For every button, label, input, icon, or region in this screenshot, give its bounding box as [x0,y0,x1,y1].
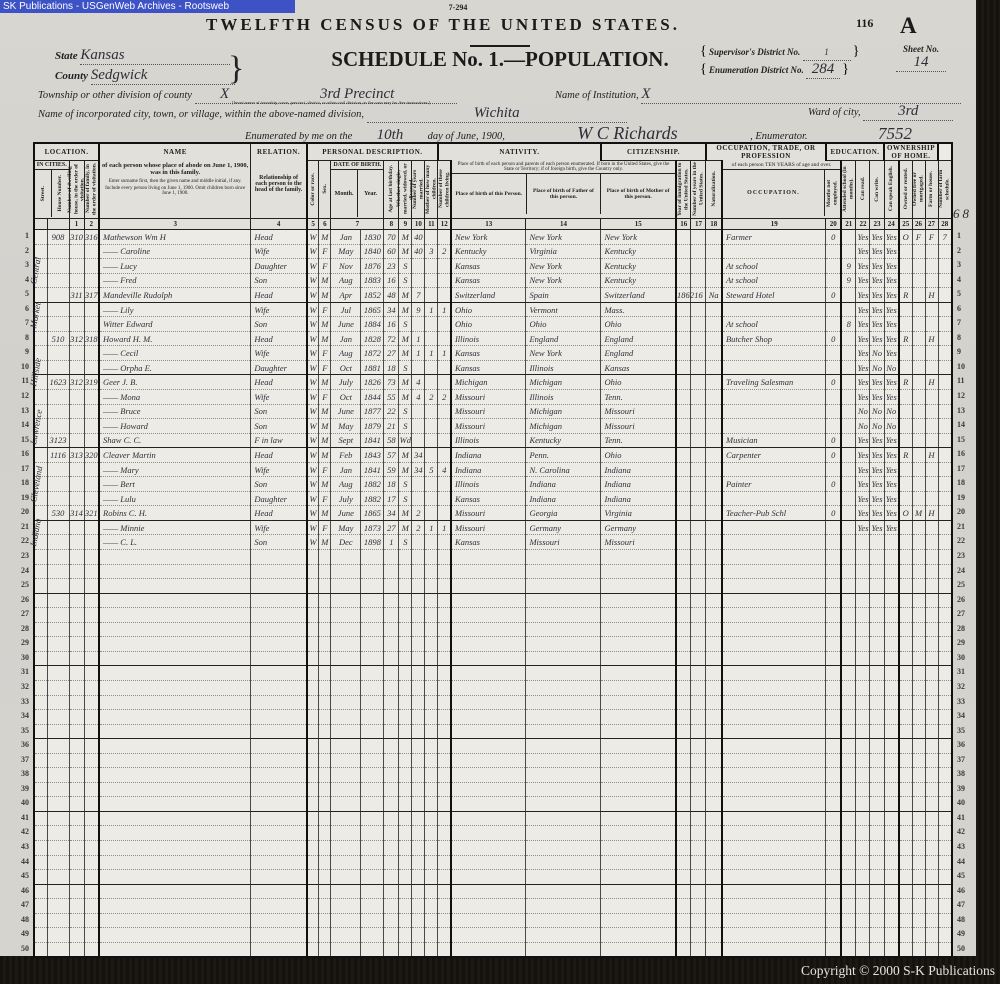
handwritten-entry: 34 [414,465,423,475]
cell-house: 510 [47,331,69,346]
cell-years-us [691,666,706,681]
cell-farm-schedule [938,695,952,710]
relation-desc: Relationship of each person to the head … [251,161,306,193]
cell-occupation [722,666,826,681]
col-years-married: Number of years married. [412,161,425,219]
cell-can-read [856,884,870,899]
cell-can-read [856,928,870,943]
cell-can-speak [884,724,899,739]
cell-years-married [412,826,425,841]
cell-mother-children [425,928,438,943]
handwritten-entry: —— Mona [103,392,140,402]
cell-relation [251,942,307,957]
cell-marital [399,608,412,623]
col-number-18: 18 [706,219,722,230]
cell-farm-house [925,870,938,885]
cell-can-write: Yes [870,491,884,506]
cell-pob [451,826,526,841]
handwritten-entry: F [322,348,327,358]
cell-years-us [691,375,706,390]
handwritten-entry: W [310,275,317,285]
handwritten-entry: O [903,508,909,518]
cell-farm-schedule [938,593,952,608]
handwritten-entry: M [402,392,409,402]
cell-relation [251,622,307,637]
cell-pob [451,710,526,725]
handwritten-entry: Yes [871,232,882,242]
cell-naturalization [706,666,722,681]
handwritten-entry: R [903,377,908,387]
handwritten-entry: Yes [871,334,882,344]
cell-years-married [412,317,425,332]
col-pob-father-label: Place of birth of Father of this person. [526,174,601,214]
cell-dob-year [361,666,384,681]
cell-pob-mother [601,739,676,754]
table-row: Hillside1623312319Geer J. B.HeadWMJuly18… [34,375,952,390]
handwritten-entry: New York [455,232,488,242]
cell-house [47,288,69,303]
cell-years-married [412,593,425,608]
cell-years-married: 40 [412,230,425,245]
cell-years-married: 7 [412,288,425,303]
table-row [34,826,952,841]
cell-street [34,870,47,885]
cell-farm-schedule [938,419,952,434]
cell-can-write: Yes [870,506,884,521]
cell-mother-children [425,230,438,245]
cell-name [99,768,251,783]
col-family: Number of family, in the order of visita… [84,161,99,219]
handwritten-entry: Yes [857,305,868,315]
cell-family [84,390,99,405]
col-number-12: 12 [438,219,451,230]
table-row: —— Orpha E.DaughterWFOct188118SKansasIll… [34,360,952,375]
cell-sex: M [319,331,331,346]
handwritten-entry: Yes [886,261,897,271]
cell-house [47,811,69,826]
row-number: 46 [957,884,973,899]
cell-age [384,942,399,957]
cell-can-write: No [870,419,884,434]
cell-family [84,695,99,710]
cell-street [34,899,47,914]
cell-pob-father [526,622,601,637]
row-number: 43 [13,840,29,855]
cell-children-living [438,782,451,797]
cell-naturalization [706,695,722,710]
cell-pob-father [526,724,601,739]
handwritten-entry: Farmer [726,232,752,242]
cell-naturalization [706,840,722,855]
cell-marital: S [399,477,412,492]
row-number: 28 [13,622,29,637]
cell-farm-schedule [938,768,952,783]
cell-sex: M [319,433,331,448]
cell-free-mortgaged: M [912,506,925,521]
handwritten-entry: 34 [387,508,396,518]
cell-children-living [438,448,451,463]
row-number: 28 [957,622,973,637]
cell-naturalization [706,680,722,695]
in-cities-label: IN CITIES. [35,161,69,170]
cell-owned-rented [899,826,912,841]
cell-mother-children [425,433,438,448]
cell-children-living: 2 [438,244,451,259]
handwritten-entry: —— Lucy [103,261,137,271]
handwritten-entry: Yes [857,290,868,300]
cell-pob: Missouri [451,404,526,419]
cell-pob [451,753,526,768]
cell-marital: M [399,390,412,405]
cell-naturalization [706,593,722,608]
cell-age [384,753,399,768]
cell-farm-house [925,884,938,899]
cell-imm-year [676,491,691,506]
cell-mother-children [425,782,438,797]
cell-can-read [856,680,870,695]
table-row [34,680,952,695]
table-row: —— MaryWifeWFJan184159M3454IndianaN. Car… [34,462,952,477]
cell-children-living [438,564,451,579]
cell-months-unemployed [826,651,841,666]
cell-pob-mother [601,797,676,812]
cell-can-write [870,593,884,608]
cell-house [47,840,69,855]
col-years-married-label: Number of years married. [412,162,425,216]
row-number: 32 [13,680,29,695]
handwritten-entry: No [872,421,882,431]
cell-owned-rented: R [899,448,912,463]
handwritten-entry: New York [529,261,562,271]
cell-age [384,550,399,565]
cell-can-write: Yes [870,477,884,492]
cell-can-read [856,608,870,623]
table-row [34,855,952,870]
cell-years-us [691,724,706,739]
cell-children-living [438,666,451,681]
col-number-16: 16 [676,219,691,230]
cell-can-read: Yes [856,317,870,332]
table-row [34,724,952,739]
cell-sex: F [319,346,331,361]
cell-pob-mother [601,608,676,623]
cell-years-married [412,419,425,434]
cell-marital: S [399,404,412,419]
cell-name [99,739,251,754]
cell-dob-year [361,782,384,797]
cell-mother-children [425,331,438,346]
cell-dob-month: Jan [331,230,361,245]
cell-can-write [870,884,884,899]
cell-imm-year [676,884,691,899]
cell-school [841,593,856,608]
handwritten-entry: 312 [70,377,83,387]
cell-pob-father: Spain [526,288,601,303]
cell-street [34,855,47,870]
cell-owned-rented [899,884,912,899]
cell-children-living [438,506,451,521]
cell-age [384,608,399,623]
row-number: 3 [957,258,973,273]
cell-relation: Wife [251,346,307,361]
cell-pob-father [526,608,601,623]
cell-family: 319 [84,375,99,390]
cell-can-read: Yes [856,273,870,288]
cell-can-write [870,782,884,797]
cell-years-us [691,564,706,579]
cell-dob-year [361,579,384,594]
cell-pob-mother: Kentucky [601,244,676,259]
cell-name [99,942,251,957]
cell-years-married [412,739,425,754]
handwritten-entry: M [321,421,328,431]
cell-naturalization [706,331,722,346]
cell-age [384,622,399,637]
margin-number: 68 [953,206,972,222]
cell-can-speak [884,753,899,768]
handwritten-entry: W [310,479,317,489]
handwritten-entry: Yes [871,508,882,518]
row-number: 23 [957,549,973,564]
handwritten-entry: H [928,290,934,300]
cell-years-us [691,884,706,899]
cell-imm-year [676,680,691,695]
cell-dob-month [331,768,361,783]
cell-relation [251,680,307,695]
cell-years-us [691,695,706,710]
cell-house [47,899,69,914]
cell-can-speak [884,695,899,710]
cell-imm-year [676,462,691,477]
cell-naturalization [706,506,722,521]
table-row: —— MinnieWifeWFMay187327M211MissouriGerm… [34,520,952,535]
cell-dwelling [69,462,84,477]
cell-years-us [691,462,706,477]
cell-pob-father [526,782,601,797]
cell-imm-year [676,259,691,274]
cell-pob-father [526,768,601,783]
group-occupation: OCCUPATION, TRADE, OR PROFESSION [706,143,826,161]
cell-dob-year [361,651,384,666]
cell-name [99,564,251,579]
handwritten-entry: M [321,450,328,460]
cell-naturalization: Na [706,288,722,303]
handwritten-entry: M [402,508,409,518]
cell-imm-year [676,390,691,405]
cell-mother-children [425,491,438,506]
cell-can-read [856,739,870,754]
cell-occupation [722,244,826,259]
cell-dwelling [69,520,84,535]
cell-occupation [722,360,826,375]
cell-age [384,884,399,899]
cell-dwelling [69,651,84,666]
cell-dob-year [361,811,384,826]
cell-house [47,477,69,492]
cell-pob-mother: Germany [601,520,676,535]
cell-can-read: Yes [856,491,870,506]
handwritten-entry: F [322,494,327,504]
cell-can-read: Yes [856,375,870,390]
cell-dwelling [69,884,84,899]
cell-can-read: Yes [856,390,870,405]
cell-dob-year [361,608,384,623]
cell-sex: M [319,404,331,419]
cell-color [307,913,319,928]
col-number-7: 7 [331,219,384,230]
cell-school [841,768,856,783]
cell-owned-rented [899,579,912,594]
cell-pob-mother: England [601,331,676,346]
handwritten-entry: 73 [387,377,396,387]
col-can-speak: Can speak English. [884,161,899,219]
cell-naturalization [706,317,722,332]
cell-naturalization [706,404,722,419]
cell-owned-rented [899,768,912,783]
cell-naturalization [706,448,722,463]
cell-pob-father [526,666,601,681]
cell-months-unemployed [826,346,841,361]
cell-occupation [722,797,826,812]
handwritten-entry: Yes [886,305,897,315]
cell-can-speak [884,564,899,579]
handwritten-entry: 1 [442,348,446,358]
cell-years-us [691,273,706,288]
cell-name [99,593,251,608]
cell-sex [319,884,331,899]
cell-years-us [691,520,706,535]
cell-occupation: Teacher-Pub Schl [722,506,826,521]
handwritten-entry: Yes [871,479,882,489]
cell-imm-year [676,477,691,492]
cell-marital [399,870,412,885]
cell-age: 27 [384,346,399,361]
cell-pob [451,855,526,870]
cell-marital: S [399,317,412,332]
cell-sex: M [319,506,331,521]
table-row [34,884,952,899]
cell-mother-children [425,666,438,681]
handwritten-entry: 1881 [364,363,381,373]
handwritten-entry: 0 [831,290,835,300]
cell-pob-mother [601,753,676,768]
cell-age [384,797,399,812]
cell-occupation [722,535,826,550]
table-row: 908310316Mathewson Wm HHeadWMJan183070M4… [34,230,952,245]
cell-farm-schedule [938,855,952,870]
cell-pob-father [526,637,601,652]
handwritten-entry: Kansas [455,261,480,271]
row-number: 36 [957,738,973,753]
cell-sex [319,826,331,841]
cell-months-unemployed [826,302,841,317]
cell-sex: F [319,520,331,535]
cell-mother-children [425,317,438,332]
row-number: 50 [957,942,973,957]
cell-naturalization [706,520,722,535]
cell-can-speak [884,680,899,695]
cell-can-write [870,739,884,754]
handwritten-entry: W [310,290,317,300]
row-number: 47 [957,898,973,913]
cell-imm-year [676,520,691,535]
cell-can-read [856,913,870,928]
handwritten-entry: H [928,377,934,387]
handwritten-entry: Yes [857,494,868,504]
cell-children-living [438,942,451,957]
cell-naturalization [706,928,722,943]
row-number: 16 [13,447,29,462]
cell-farm-house: H [925,331,938,346]
col-farm-schedule-label: Number of farm schedule. [938,162,951,216]
cell-house: 530 [47,506,69,521]
cell-naturalization [706,608,722,623]
cell-pob-mother [601,782,676,797]
cell-pob-father [526,942,601,957]
handwritten-entry: M [402,348,409,358]
cell-free-mortgaged [912,622,925,637]
cell-marital [399,899,412,914]
cell-name [99,899,251,914]
description-header-row: IN CITIES. Street. House Number. Number … [34,161,952,219]
cell-months-unemployed [826,259,841,274]
cell-can-read: No [856,404,870,419]
cell-relation [251,826,307,841]
cell-dwelling [69,346,84,361]
county-label: County [55,70,88,82]
cell-pob [451,579,526,594]
col-years-us: Number of years in the United States. [691,161,706,219]
cell-marital [399,855,412,870]
cell-occupation [722,855,826,870]
cell-can-speak [884,884,899,899]
cell-dwelling [69,695,84,710]
handwritten-entry: 1877 [364,406,381,416]
cell-occupation: Carpenter [722,448,826,463]
handwritten-entry: Kentucky [529,435,561,445]
cell-pob-mother [601,811,676,826]
cell-age: 16 [384,317,399,332]
cell-owned-rented [899,710,912,725]
handwritten-entry: M [321,319,328,329]
handwritten-entry: Illinois [455,435,479,445]
cell-dob-month [331,753,361,768]
handwritten-entry: F [322,246,327,256]
col-number-3: 3 [99,219,251,230]
cell-can-write: Yes [870,448,884,463]
name-note-1: Enter surname first, then the given name… [100,177,250,184]
cell-pob-father: Michigan [526,404,601,419]
cell-pob-father: Illinois [526,390,601,405]
cell-pob-mother [601,855,676,870]
cell-dwelling [69,360,84,375]
handwritten-entry: W [310,523,317,533]
handwritten-entry: —— Lulu [103,494,136,504]
cell-sex: M [319,535,331,550]
cell-imm-year [676,913,691,928]
handwritten-entry: 70 [387,232,396,242]
cell-dwelling [69,753,84,768]
handwritten-entry: Yes [871,450,882,460]
cell-farm-schedule [938,462,952,477]
cell-dob-month [331,899,361,914]
cell-can-write: No [870,346,884,361]
handwritten-entry: F [916,232,921,242]
handwritten-entry: Illinois [455,479,479,489]
cell-free-mortgaged [912,724,925,739]
cell-imm-year [676,637,691,652]
cell-free-mortgaged [912,608,925,623]
